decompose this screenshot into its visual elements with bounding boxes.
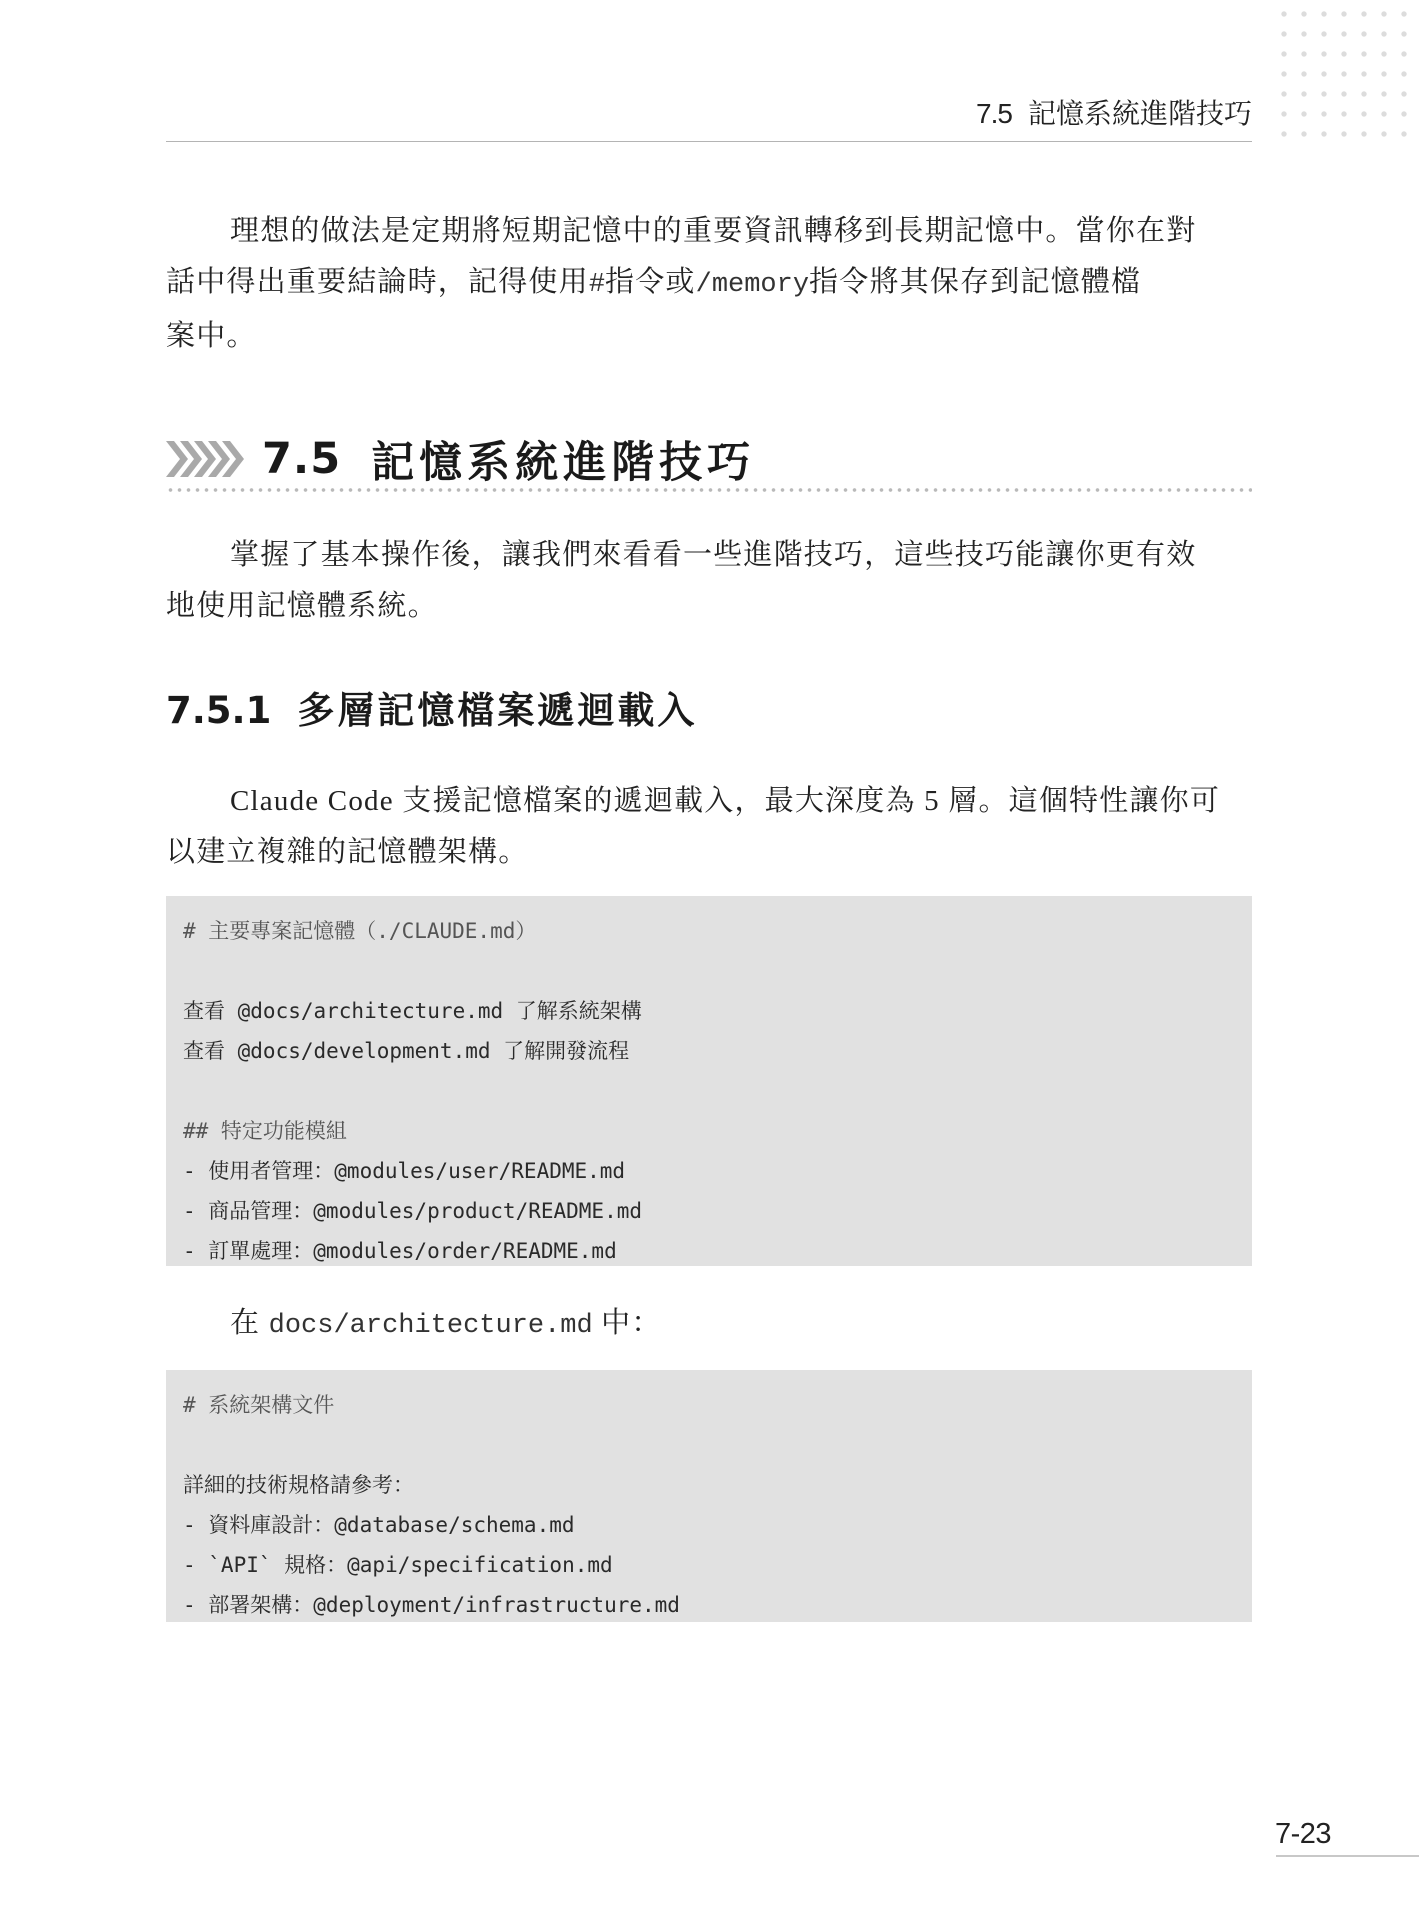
subsection-number: 7.5.1 — [166, 689, 271, 732]
code-line: - 資料庫設計：@database/schema.md — [183, 1505, 1235, 1545]
subsection-para-line-1: Claude Code 支援記憶檔案的遞迴載入，最大深度為 5 層。這個特性讓你… — [230, 785, 1220, 817]
subsection-heading: 7.5.1多層記憶檔案遞迴載入 — [166, 680, 697, 734]
code-line: # 系統架構文件 — [183, 1385, 1235, 1425]
subsection-para-line-2: 以建立複雜的記憶體架構。 — [166, 836, 528, 868]
chevrons-right-icon — [166, 439, 244, 479]
intro-line-2a: 話中得出重要結論時，記得使用 — [166, 266, 589, 298]
between-suffix: 中： — [601, 1307, 661, 1339]
code-line: - 部署架構：@deployment/infrastructure.md — [183, 1585, 1235, 1625]
page-number: 7-23 — [1275, 1818, 1331, 1851]
memory-command: /memory — [696, 270, 809, 300]
section-para-line-2: 地使用記憶體系統。 — [166, 590, 438, 622]
code-line: 詳細的技術規格請參考： — [183, 1465, 1235, 1505]
section-heading: 7.5 記憶系統進階技巧 — [166, 424, 755, 494]
code-line: 查看 @docs/architecture.md 了解系統架構 — [183, 991, 1235, 1031]
code-line: - 使用者管理：@modules/user/README.md — [183, 1151, 1235, 1191]
subsection-title: 多層記憶檔案遞迴載入 — [297, 689, 697, 732]
page-number-rule — [1276, 1855, 1419, 1857]
code-line — [183, 1071, 1235, 1111]
section-number: 7.5 — [262, 434, 341, 484]
hash-command: # — [589, 270, 605, 300]
section-dotted-rule — [166, 488, 1252, 492]
code-block-claude-md: # 主要專案記憶體（./CLAUDE.md） 查看 @docs/architec… — [166, 896, 1252, 1266]
intro-line-2c: 指令將其保存到記憶體檔 — [809, 266, 1141, 298]
intro-line-3: 案中。 — [166, 320, 257, 352]
section-paragraph: 掌握了基本操作後，讓我們來看看一些進階技巧，這些技巧能讓你更有效 地使用記憶體系… — [166, 530, 1252, 632]
code-line: - 訂單處理：@modules/order/README.md — [183, 1231, 1235, 1271]
section-title: 記憶系統進階技巧 — [371, 429, 755, 490]
code-line: - 商品管理：@modules/product/README.md — [183, 1191, 1235, 1231]
header-rule — [166, 141, 1252, 142]
code-line: ## 特定功能模組 — [183, 1111, 1235, 1151]
intro-line-1: 理想的做法是定期將短期記憶中的重要資訊轉移到長期記憶中。當你在對 — [230, 215, 1196, 247]
section-para-line-1: 掌握了基本操作後，讓我們來看看一些進階技巧，這些技巧能讓你更有效 — [230, 539, 1196, 571]
running-header-title: 記憶系統進階技巧 — [1028, 98, 1252, 129]
subsection-paragraph: Claude Code 支援記憶檔案的遞迴載入，最大深度為 5 層。這個特性讓你… — [166, 776, 1252, 878]
between-prefix: 在 — [230, 1307, 260, 1339]
code-line — [183, 1425, 1235, 1465]
code-line: 查看 @docs/development.md 了解開發流程 — [183, 1031, 1235, 1071]
running-header-number: 7.5 — [976, 98, 1012, 129]
running-header: 7.5記憶系統進階技巧 — [0, 92, 1252, 132]
between-paragraph: 在 docs/architecture.md 中： — [166, 1298, 1252, 1352]
code-block-architecture-md: # 系統架構文件 詳細的技術規格請參考： - 資料庫設計：@database/s… — [166, 1370, 1252, 1622]
code-line: - `API` 規格：@api/specification.md — [183, 1545, 1235, 1585]
architecture-file-name: docs/architecture.md — [269, 1311, 593, 1341]
intro-line-2b: 指令或 — [605, 266, 696, 298]
intro-paragraph: 理想的做法是定期將短期記憶中的重要資訊轉移到長期記憶中。當你在對 話中得出重要結… — [166, 206, 1252, 362]
code-line: # 主要專案記憶體（./CLAUDE.md） — [183, 911, 1235, 951]
code-line — [183, 951, 1235, 991]
decorative-dot-grid — [1270, 0, 1419, 150]
